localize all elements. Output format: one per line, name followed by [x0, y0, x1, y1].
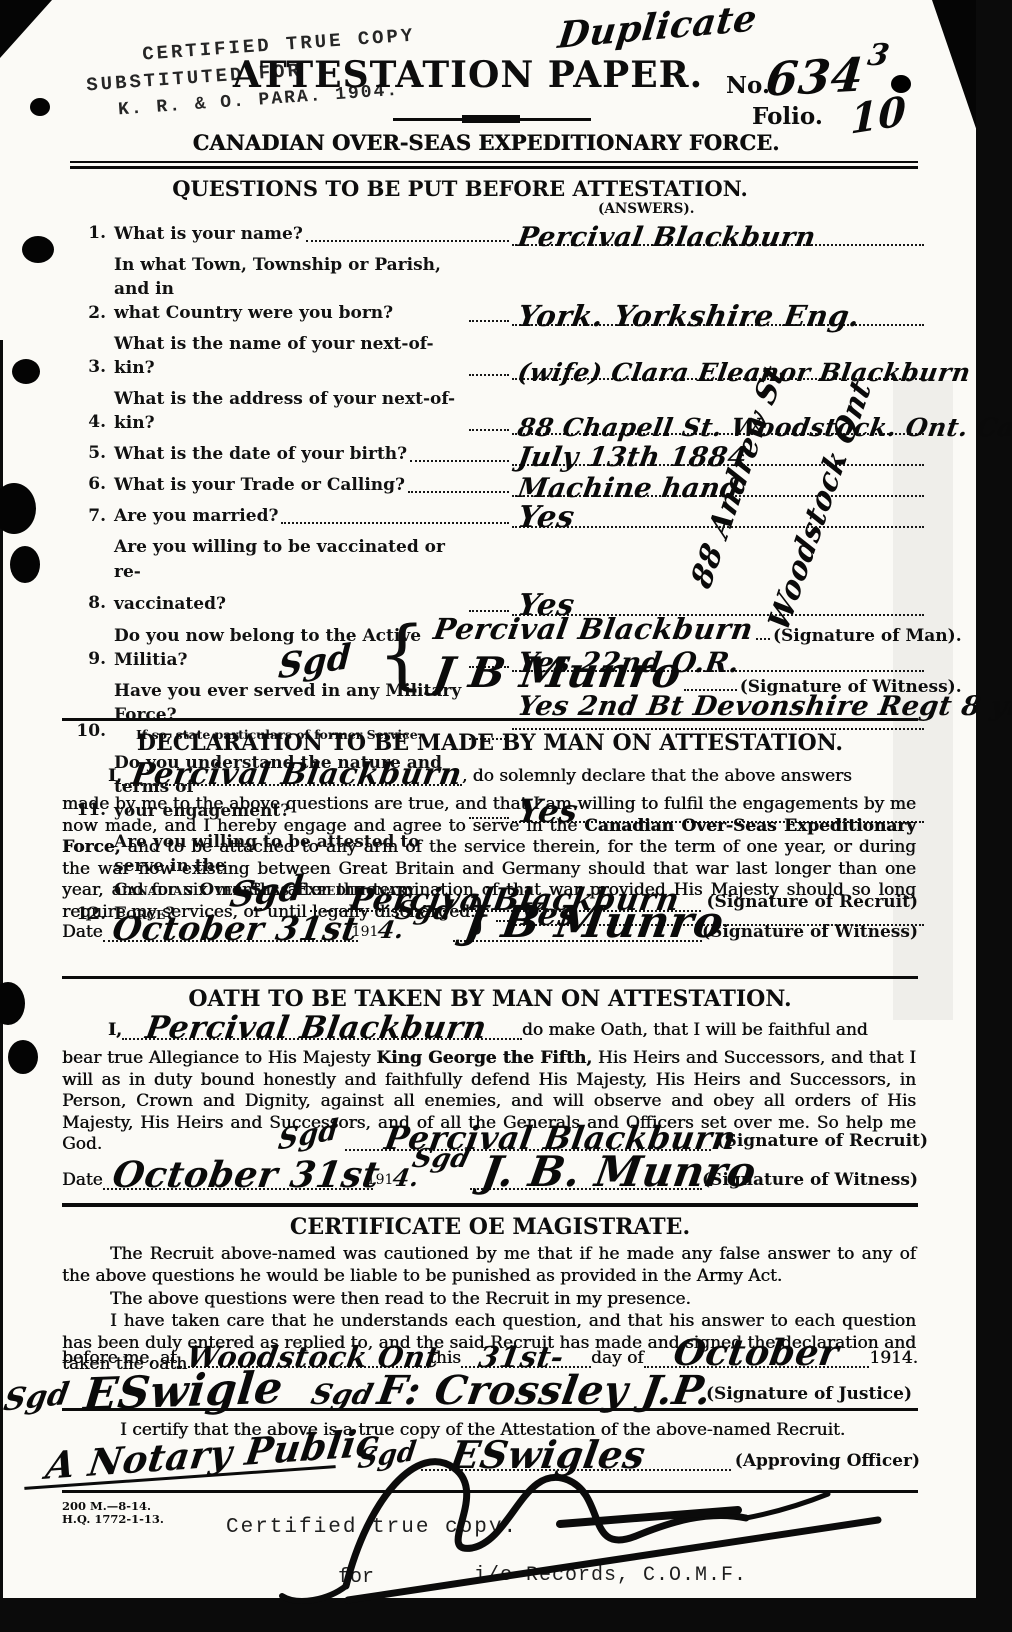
date-line: October 31st [103, 932, 358, 942]
question-line: Are you willing to be vaccinated or re- [114, 537, 445, 581]
witness-signature-line: J. B. Munro [470, 1180, 702, 1190]
declaration-heading: DECLARATION TO BE MADE BY MAN ON ATTESTA… [62, 730, 918, 756]
hole-punch [12, 359, 40, 384]
dotted-leader [306, 240, 509, 242]
oath-lead-row: I, Percival Blackburn do make Oath, that… [62, 1020, 918, 1040]
sgd-annotation: Sgd [410, 1144, 474, 1174]
dotted-leader [281, 522, 509, 524]
recruit-signature-label: (Signature of Recruit) [707, 892, 918, 912]
scan-corner-top-right [932, 0, 980, 140]
question-number: 8. [76, 592, 114, 616]
question-text: What is the address of your next-of-kin? [114, 387, 466, 435]
question-line: What is the name of your next-of-kin? [114, 334, 434, 378]
question-line: What is the date of your birth? [114, 444, 407, 464]
print-code: H.Q. 1772-1-13. [62, 1513, 164, 1526]
sgd-margin-annotation: Sgd [1, 1376, 72, 1419]
justice-signature-label: (Signature of Justice) [706, 1384, 912, 1404]
question-number: 5. [76, 442, 114, 466]
hole-punch [22, 236, 54, 263]
body-bold-phrase: King George the Fifth, [376, 1048, 592, 1068]
questions-heading: QUESTIONS TO BE PUT BEFORE ATTESTATION. [150, 176, 770, 201]
date-label: Date [62, 922, 103, 942]
witness-signature: J B Munro [461, 897, 727, 948]
section-divider [62, 1408, 918, 1411]
sgd-annotation: Sgd [277, 1112, 341, 1157]
serial-superscript: 3 [865, 38, 892, 73]
double-rule-bottom [70, 166, 918, 169]
justice-signature: F: Crossley J.P. [374, 1367, 715, 1414]
body-text: bear true Allegiance to His Majesty [62, 1048, 376, 1068]
handwritten-answer: Percival Blackburn [516, 222, 819, 253]
answer-line: Yes 2nd Bt Devonshire Regt 8 yrs. s [512, 722, 924, 730]
question-line: What is the address of your next-of-kin? [114, 389, 455, 433]
date-line: October 31st [103, 1180, 373, 1190]
opening-brace: { [378, 620, 426, 688]
question-number: 9. [76, 648, 114, 672]
question-text: Are you willing to be vaccinated or re-v… [114, 535, 466, 615]
answer-line: Percival Blackburn [512, 238, 924, 246]
scan-corner-top-left [0, 0, 52, 58]
question-row: 2. In what Town, Township or Parish, and… [76, 253, 924, 325]
force-subtitle: CANADIAN OVER-SEAS EXPEDITIONARY FORCE. [146, 130, 826, 155]
lead-suffix: , do solemnly declare that the above ans… [462, 766, 852, 786]
magistrate-heading: CERTIFICATE OE MAGISTRATE. [62, 1214, 918, 1240]
question-line2: what Country were you born? [114, 301, 466, 325]
oath-name-handwritten: Percival Blackburn [143, 1010, 489, 1046]
question-line: What is your Trade or Calling? [114, 475, 405, 495]
question-number: 4. [76, 411, 114, 435]
question-number: 2. [76, 302, 114, 326]
question-row: 1. What is your name? Percival Blackburn [76, 222, 924, 246]
declaration-date-row: Date October 31st 191 4. Sgd J B Munro (… [62, 912, 918, 942]
scan-border-right [976, 0, 1012, 1632]
oath-date-row: Date October 31st 191 4. Sgd J. B. Munro… [62, 1160, 918, 1190]
oath-heading: OATH TO BE TAKEN BY MAN ON ATTESTATION. [62, 986, 918, 1012]
notary-signature: ESwigle [81, 1362, 285, 1420]
question-text: Are you married? [114, 504, 278, 528]
lead-suffix: do make Oath, that I will be faithful an… [522, 1020, 868, 1040]
page-title: ATTESTATION PAPER. [228, 54, 708, 96]
i-label: I, [62, 1020, 122, 1040]
witness-signature: J B Munro [430, 648, 685, 697]
duplicate-annotation: Duplicate [556, 0, 760, 57]
justice-signature-row: Sgd ESwigle Sgd F: Crossley J.P. (Signat… [0, 1362, 930, 1420]
question-line: What is your name? [114, 224, 303, 244]
date-handwritten: October 31st [110, 909, 361, 948]
hole-punch [0, 483, 36, 534]
question-text: In what Town, Township or Parish, and in… [114, 253, 466, 325]
title-underline-thick [462, 115, 520, 123]
question-number: 3. [76, 356, 114, 380]
date-label: Date [62, 1170, 103, 1190]
sgd-annotation: Sgd [277, 636, 353, 687]
witness-signature-label: (Signature of Witness) [702, 922, 918, 942]
dotted-line [684, 689, 737, 691]
section-divider [62, 976, 918, 979]
dotted-leader [469, 429, 509, 431]
name-line: Percival Blackburn [122, 1030, 522, 1040]
ink-blot [30, 98, 50, 116]
sgd-annotation: Sgd [393, 896, 457, 926]
section-divider [62, 718, 918, 721]
question-text: What is the date of your birth? [114, 442, 407, 466]
form-print-codes: 200 M.—8-14. H.Q. 1772-1-13. [62, 1500, 164, 1526]
dotted-leader [410, 460, 509, 462]
magistrate-para1: The Recruit above-named was cautioned by… [62, 1244, 916, 1287]
dotted-leader [469, 374, 509, 376]
double-rule-top [70, 161, 918, 163]
dotted-leader [469, 320, 509, 322]
question-number: 1. [76, 222, 114, 246]
dotted-leader [408, 491, 509, 493]
answers-label: (ANSWERS). [598, 201, 694, 217]
witness-signature: J. B. Munro [478, 1147, 760, 1196]
question-text: What is your name? [114, 222, 303, 246]
section-divider [62, 1203, 918, 1207]
name-line: Percival Blackburn [122, 776, 462, 786]
serial-label: No. [726, 72, 770, 99]
attestation-paper-scan: Duplicate CERTIFIED TRUE COPY SUBSTITUTE… [0, 0, 1012, 1632]
hole-punch [10, 546, 40, 583]
question-text: What is your Trade or Calling? [114, 473, 405, 497]
records-officer-signature [268, 1428, 908, 1608]
question-line: Are you married? [114, 506, 278, 526]
date-handwritten: October 31st [109, 1154, 382, 1196]
question-text: What is the name of your next-of-kin? [114, 332, 466, 380]
declaration-lead-row: I, Percival Blackburn , do solemnly decl… [62, 766, 918, 786]
question-line: In what Town, Township or Parish, and in [114, 255, 441, 299]
answer-line: York. Yorkshire Eng. [512, 318, 924, 326]
hole-punch [0, 982, 25, 1025]
question-number: 7. [76, 505, 114, 529]
i-label: I, [62, 766, 122, 786]
declarant-name-handwritten: Percival Blackburn [129, 757, 464, 792]
magistrate-para2: The above questions were then read to th… [62, 1289, 916, 1309]
folio-label: Folio. [752, 103, 823, 130]
hole-punch [8, 1040, 38, 1074]
witness-signature-line: J B Munro [453, 932, 702, 942]
handwritten-answer: Yes [515, 500, 577, 535]
sgd-annotation: Sgd [308, 1378, 377, 1411]
question-number: 6. [76, 473, 114, 497]
folio-value-handwritten: 10 [850, 87, 907, 144]
